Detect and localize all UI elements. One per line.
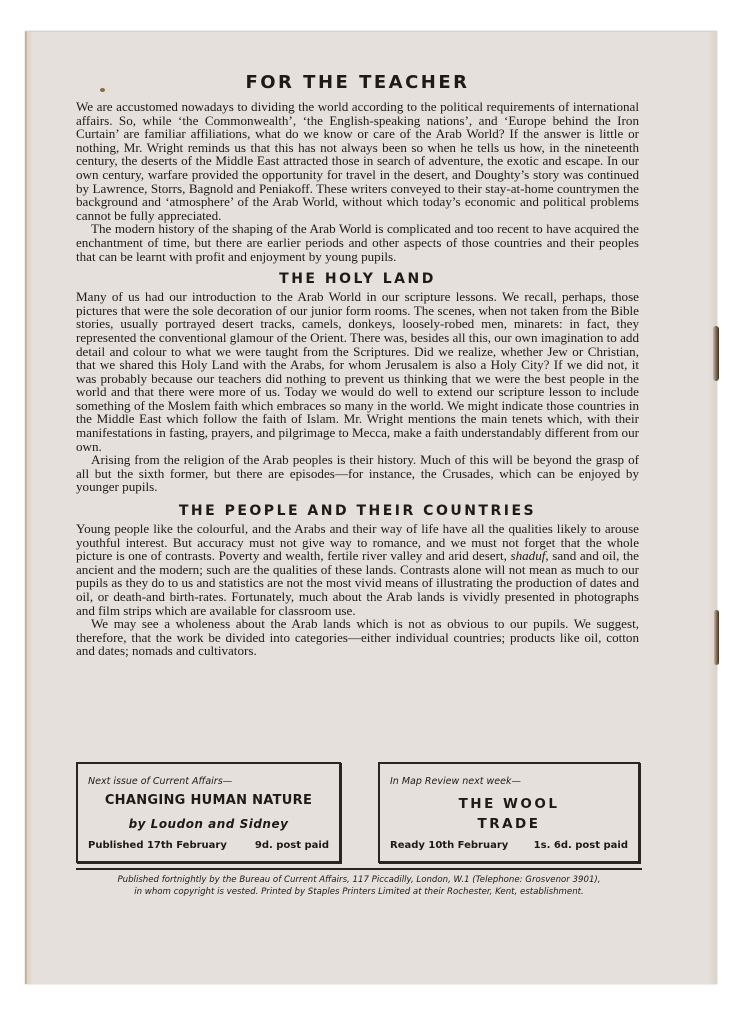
footer-rule bbox=[76, 868, 642, 870]
paragraph: Arising from the religion of the Arab pe… bbox=[76, 453, 639, 494]
box-date: Ready 10th February bbox=[390, 840, 508, 851]
next-issue-box: Next issue of Current Affairs— CHANGING … bbox=[76, 762, 341, 863]
heading-people-and-countries: THE PEOPLE AND THEIR COUNTRIES bbox=[76, 503, 639, 519]
box-byline: by Loudon and Sidney bbox=[78, 817, 339, 831]
box-title: THE WOOL TRADE bbox=[380, 794, 638, 834]
box-title-line: THE WOOL bbox=[380, 794, 638, 814]
heading-for-the-teacher: FOR THE TEACHER bbox=[76, 72, 639, 93]
box-price: 9d. post paid bbox=[255, 840, 329, 851]
box-kicker: Next issue of Current Affairs— bbox=[88, 776, 232, 787]
article-body: FOR THE TEACHER We are accustomed nowada… bbox=[76, 72, 639, 658]
announcement-boxes: Next issue of Current Affairs— CHANGING … bbox=[76, 762, 642, 868]
edge-stain bbox=[713, 326, 719, 381]
edge-stain bbox=[714, 610, 719, 665]
publisher-footer: Published fortnightly by the Bureau of C… bbox=[76, 874, 642, 898]
heading-holy-land: THE HOLY LAND bbox=[76, 271, 639, 287]
box-date: Published 17th February bbox=[88, 840, 227, 851]
box-price: 1s. 6d. post paid bbox=[534, 840, 628, 851]
footer-line: Published fortnightly by the Bureau of C… bbox=[76, 874, 642, 886]
paragraph: Many of us had our introduction to the A… bbox=[76, 290, 639, 453]
box-kicker: In Map Review next week— bbox=[390, 776, 521, 787]
paragraph: We are accustomed nowadays to dividing t… bbox=[76, 100, 639, 222]
footer-line: in whom copyright is vested. Printed by … bbox=[76, 886, 642, 898]
paragraph: We may see a wholeness about the Arab la… bbox=[76, 617, 639, 658]
box-title-line: TRADE bbox=[380, 814, 638, 834]
paragraph: Young people like the colourful, and the… bbox=[76, 522, 639, 617]
map-review-box: In Map Review next week— THE WOOL TRADE … bbox=[378, 762, 640, 863]
paragraph: The modern history of the shaping of the… bbox=[76, 222, 639, 263]
box-title: CHANGING HUMAN NATURE bbox=[78, 793, 339, 808]
